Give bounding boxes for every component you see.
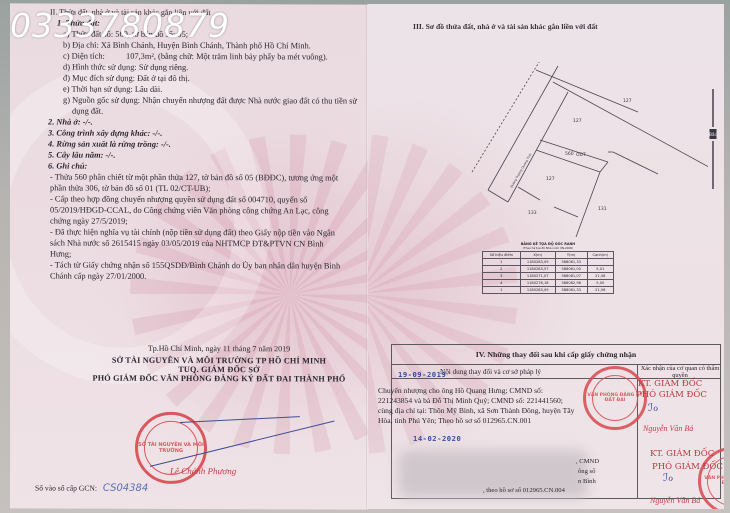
perennial-item: 5. Cây lâu năm: -/-. bbox=[48, 150, 115, 161]
coord-cell: 588061,33 bbox=[555, 287, 587, 294]
section-3-title: III. Sơ đồ thửa đất, nhà ở và tài sản kh… bbox=[413, 22, 598, 31]
parcel-map: 560 ODT 127 127 127 131 133 Đường Trương… bbox=[458, 62, 708, 242]
map-parcel-type: ODT bbox=[576, 152, 586, 158]
coord-cell: 588061,33 bbox=[555, 259, 587, 266]
confirm-signer-name: Nguyễn Văn Bá bbox=[650, 496, 700, 505]
coord-header: Số hiệu điểm bbox=[483, 252, 521, 259]
coord-cell: 1180271,07 bbox=[520, 273, 555, 280]
coord-header: X(m) bbox=[520, 252, 555, 259]
coord-header: Y(m) bbox=[555, 252, 587, 259]
confirm-column-header: Xác nhận của cơ quan có thẩm quyền bbox=[639, 365, 721, 379]
house-item: 2. Nhà ở: -/-. bbox=[48, 117, 93, 128]
usage-origin: g) Nguồn gốc sử dụng: Nhận chuyển nhượng… bbox=[63, 95, 357, 107]
gcn-number: CS04384 bbox=[103, 483, 148, 494]
coord-cell: 4 bbox=[483, 280, 521, 287]
usage-form: d) Hình thức sử dụng: Sử dụng riêng. bbox=[63, 62, 188, 74]
confirm-title: KT. GIÁM ĐỐC bbox=[638, 379, 702, 389]
coord-cell: 1180283,09 bbox=[520, 287, 555, 294]
change-entry-line: cùng địa chỉ tại: Thôn Mỹ Bình, xã Sơn T… bbox=[378, 406, 574, 416]
north-label: Bắc bbox=[709, 132, 716, 137]
gcn-register: Số vào sổ cấp GCN: CS04384 bbox=[35, 482, 148, 493]
usage-term: e) Thời hạn sử dụng: Lâu dài. bbox=[63, 84, 162, 96]
coord-cell: 588081,07 bbox=[555, 273, 587, 280]
coord-cell: 1 bbox=[483, 287, 521, 294]
coord-cell: 1180283,09 bbox=[520, 259, 555, 266]
parcel-area-label: c) Diện tích: bbox=[63, 51, 105, 62]
confirm-signer-name: Nguyễn Văn Bá bbox=[643, 424, 693, 433]
change-date-stamp: 14-02-2020 bbox=[413, 434, 461, 443]
note-line: chứng ngày 27/5/2019; bbox=[50, 216, 128, 227]
map-neighbor: 131 bbox=[598, 206, 607, 212]
coord-cell bbox=[587, 259, 613, 266]
map-neighbor: 127 bbox=[573, 118, 582, 124]
coord-cell: 588082,96 bbox=[555, 280, 587, 287]
coord-row: 41180276,18588082,965,00 bbox=[483, 280, 614, 287]
usage-purpose: đ) Mục đích sử dụng: Đất ở tại đô thị. bbox=[63, 73, 190, 85]
change-entry-fragment: , theo hồ sơ số 012965.CN.004 bbox=[483, 486, 565, 496]
coord-cell: 1 bbox=[483, 259, 521, 266]
coord-table-subtitle: (Theo hệ tọa độ Nhà nước VN-2000) bbox=[482, 246, 614, 250]
other-works-item: 3. Công trình xây dựng khác: -/-. bbox=[48, 128, 162, 140]
north-arrow-icon: Bắc bbox=[708, 89, 718, 189]
gcn-label: Số vào sổ cấp GCN: bbox=[35, 483, 97, 492]
certificate-left-page: II. Thửa đất, nhà ở và tài sản khác gắn … bbox=[10, 3, 368, 509]
note-line: sách Nhà nước số 2615415 ngày 03/05/2019… bbox=[50, 238, 324, 250]
issuer-title: PHÓ GIÁM ĐỐC VĂN PHÒNG ĐĂNG KÝ ĐẤT ĐAI T… bbox=[10, 374, 368, 384]
handwritten-signature: ℐℴ bbox=[663, 471, 673, 484]
change-entry-fragment: n Bình bbox=[578, 477, 596, 487]
map-road-label: Đường Trương Quang Thái bbox=[509, 152, 532, 188]
change-date-stamp: 19-09-2019 bbox=[398, 370, 446, 379]
change-entry-fragment: ông số bbox=[578, 467, 595, 477]
note-line: Hưng; bbox=[50, 249, 71, 260]
phone-watermark: 0333780879 bbox=[10, 6, 230, 45]
change-entry-line: Chuyển nhượng cho ông Hồ Quang Hưng; CMN… bbox=[378, 386, 543, 396]
confirm-subtitle: PHÓ GIÁM ĐỐC bbox=[636, 390, 707, 400]
issuer-block: Tp.Hồ Chí Minh, ngày 11 tháng 7 năm 2019… bbox=[10, 342, 368, 383]
forest-item: 4. Rừng sản xuất là rừng trồng: -/-. bbox=[48, 139, 171, 151]
coord-cell: 3 bbox=[483, 273, 521, 280]
coord-row: 11180283,09588061,33 bbox=[483, 259, 614, 266]
map-parcel-number: 560 bbox=[565, 151, 574, 157]
section-4-title: IV. Những thay đổi sau khi cấp giấy chứn… bbox=[392, 345, 720, 365]
change-entry-fragment: , CMND bbox=[576, 457, 599, 467]
confirm-title: KT. GIÁM ĐỐC bbox=[650, 449, 714, 459]
seal-text: VĂN PHÒNG ĐĂNG KÝ ĐẤT ĐAI bbox=[701, 476, 724, 486]
signer-name: Lê Chánh Phương bbox=[170, 466, 236, 476]
coord-cell: 588061,00 bbox=[555, 266, 587, 273]
guilloche-arcs bbox=[10, 63, 270, 384]
change-entry-line: 221243854 và bà Đỗ Thị Minh Quý; CMND số… bbox=[378, 396, 563, 406]
coord-row: 21180283,57588061,005,01 bbox=[483, 266, 614, 273]
map-neighbor: 127 bbox=[623, 98, 632, 104]
boundary-coordinate-table: BẢNG KÊ TỌA ĐỘ GÓC RANH (Theo hệ tọa độ … bbox=[482, 242, 614, 294]
coord-header: Cạnh(m) bbox=[587, 252, 613, 259]
note-line: Chánh cấp ngày 27/01/2000. bbox=[50, 271, 146, 283]
map-neighbor: 127 bbox=[546, 176, 555, 182]
coord-cell: 21,56 bbox=[587, 287, 613, 294]
signature-stroke bbox=[180, 416, 300, 423]
coord-cell: 5,01 bbox=[587, 266, 613, 273]
coord-cell: 2 bbox=[483, 266, 521, 273]
seal-text: SỞ TÀI NGUYÊN VÀ MÔI TRƯỜNG bbox=[138, 442, 204, 454]
usage-origin-cont: dụng đất. bbox=[72, 106, 103, 117]
place-date: Tp.Hồ Chí Minh, ngày 11 tháng 7 năm 2019 bbox=[10, 342, 368, 354]
coord-row: 11180283,09588061,3321,56 bbox=[483, 287, 614, 294]
handwritten-signature: ℐℴ bbox=[648, 401, 658, 414]
coord-cell: 1180283,57 bbox=[520, 266, 555, 273]
map-neighbor: 133 bbox=[528, 210, 537, 216]
coord-row: 31180271,07588081,0721,58 bbox=[483, 273, 614, 280]
coord-cell: 21,58 bbox=[587, 273, 613, 280]
coord-cell: 5,00 bbox=[587, 280, 613, 287]
coord-cell: 1180276,18 bbox=[520, 280, 555, 287]
change-entry-line: Hòa, tỉnh Phú Yên; Theo hồ sơ số 012965.… bbox=[378, 416, 531, 426]
notes-title: 6. Ghi chú: bbox=[48, 161, 87, 172]
note-line: phần thửa 306, tờ bản đồ số 01 (TL 02/CT… bbox=[50, 183, 210, 195]
certificate-right-page: III. Sơ đồ thửa đất, nhà ở và tài sản kh… bbox=[368, 4, 724, 509]
